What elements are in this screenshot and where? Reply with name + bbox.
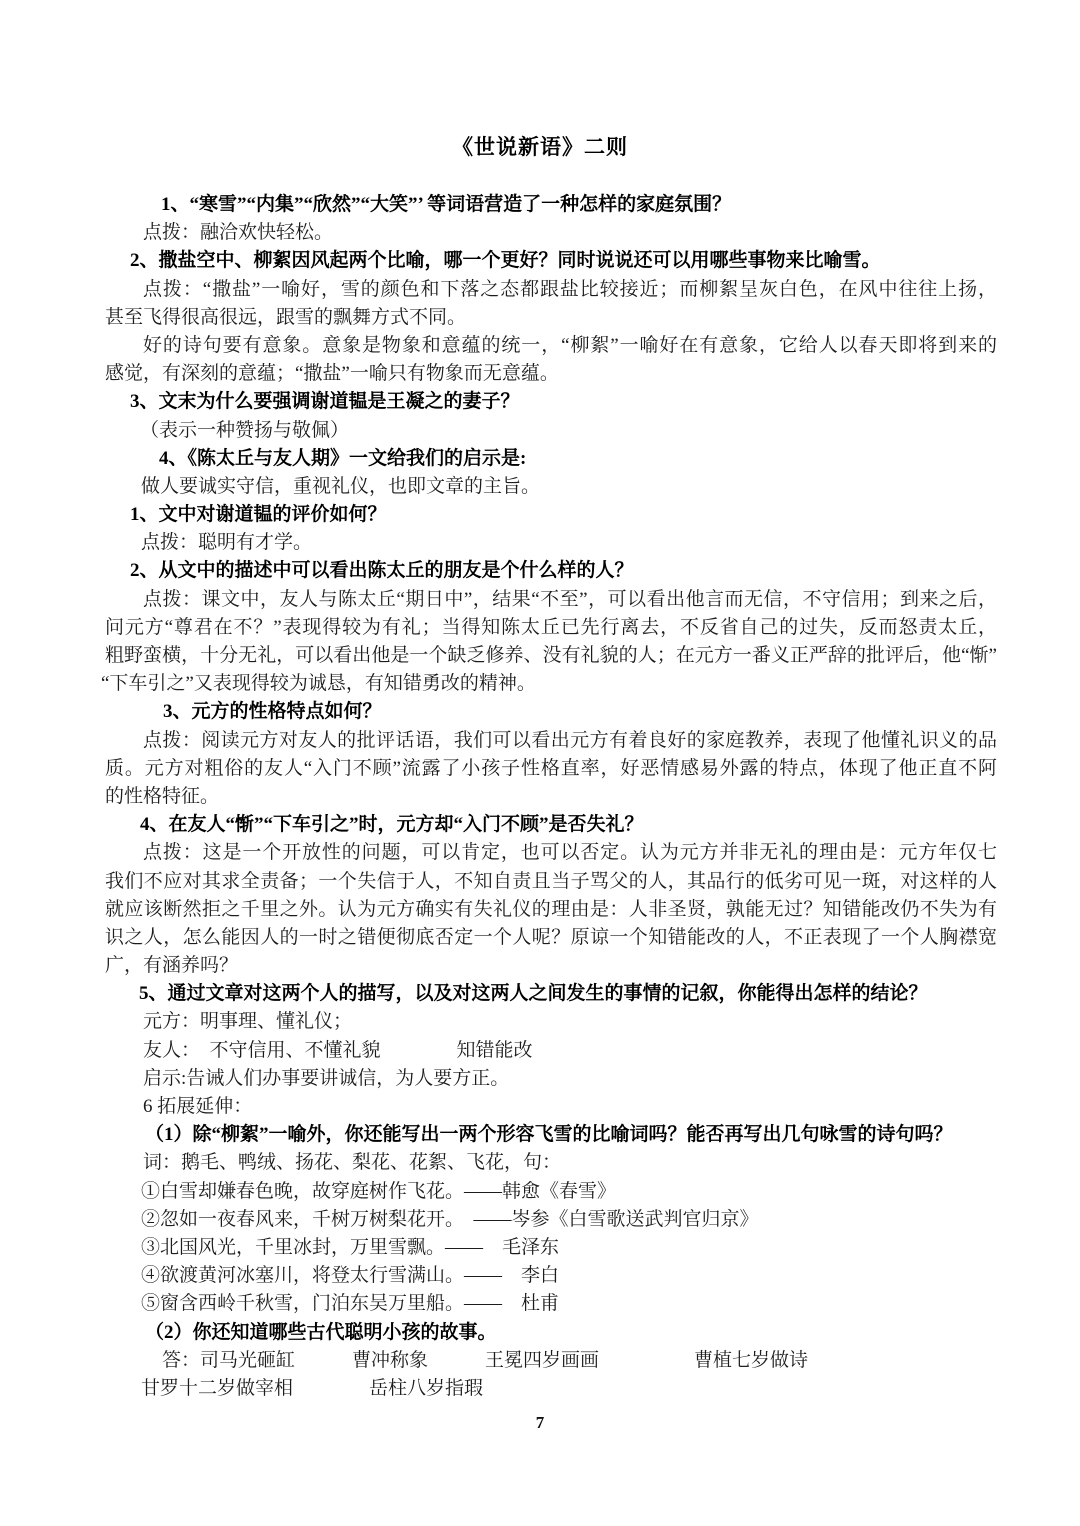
text-line: 1、文中对谢道韫的评价如何？ bbox=[0, 501, 1080, 529]
text-line: 启示:告诫人们办事要讲诚信，为人要方正。 bbox=[0, 1065, 1080, 1093]
text-line: 点拨：聪明有才学。 bbox=[0, 529, 1080, 557]
text-line: 1、“寒雪”“内集”“欣然”“大笑”’ 等词语营造了一种怎样的家庭氛围？ bbox=[0, 191, 1080, 219]
text-line: （2）你还知道哪些古代聪明小孩的故事。 bbox=[0, 1319, 1080, 1347]
text-line: 点拨：课文中，友人与陈太丘“期日中”，结果“不至”，可以看出他言而无信，不守信用… bbox=[0, 586, 997, 614]
document-page: 《世说新语》二则 1、“寒雪”“内集”“欣然”“大笑”’ 等词语营造了一种怎样的… bbox=[0, 0, 1080, 1526]
text-line: ⑤窗含西岭千秋雪，门泊东吴万里船。—— 杜甫 bbox=[0, 1290, 1080, 1318]
text-line: 质。元方对粗俗的友人“入门不顾”流露了小孩子性格直率，好恶情感易外露的特点，体现… bbox=[0, 755, 997, 783]
text-line: 就应该断然拒之千里之外。认为元方确实有失礼仪的理由是：人非圣贤，孰能无过？知错能… bbox=[0, 896, 997, 924]
page-number: 7 bbox=[0, 1413, 1080, 1433]
text-line: 3、元方的性格特点如何？ bbox=[0, 698, 1080, 726]
page-title: 《世说新语》二则 bbox=[0, 131, 1080, 161]
text-line: （表示一种赞扬与敬佩） bbox=[0, 417, 1080, 445]
text-line: 4、在友人“惭”“下车引之”时，元方却“入门不顾”是否失礼？ bbox=[0, 811, 1080, 839]
text-line: 点拨：这是一个开放性的问题，可以肯定，也可以否定。认为元方并非无礼的理由是：元方… bbox=[0, 839, 997, 867]
text-line: 6 拓展延伸： bbox=[0, 1093, 1080, 1121]
text-line: 友人： 不守信用、不懂礼貌 知错能改 bbox=[0, 1037, 1080, 1065]
text-line: 粗野蛮横，十分无礼，可以看出他是一个缺乏修养、没有礼貌的人；在元方一番义正严辞的… bbox=[0, 642, 997, 670]
text-line: 问元方“尊君在不？”表现得较为有礼；当得知陈太丘已先行离去，不反省自己的过失，反… bbox=[0, 614, 997, 642]
text-line: 点拨：“撒盐”一喻好，雪的颜色和下落之态都跟盐比较接近；而柳絮呈灰白色，在风中往… bbox=[0, 276, 997, 304]
text-line: 我们不应对其求全责备；一个失信于人，不知自责且当子骂父的人，其品行的低劣可见一斑… bbox=[0, 868, 997, 896]
text-line: 答：司马光砸缸 曹冲称象 王冕四岁画画 曹植七岁做诗 bbox=[0, 1347, 1080, 1375]
text-line: 4、《陈太丘与友人期》一文给我们的启示是: bbox=[0, 445, 1080, 473]
text-line: 甚至飞得很高很远，跟雪的飘舞方式不同。 bbox=[0, 304, 1080, 332]
text-line: 2、从文中的描述中可以看出陈太丘的朋友是个什么样的人？ bbox=[0, 557, 1080, 585]
text-line: 点拨：阅读元方对友人的批评话语，我们可以看出元方有着良好的家庭教养，表现了他懂礼… bbox=[0, 727, 997, 755]
text-line: ③北国风光，千里冰封，万里雪飘。—— 毛泽东 bbox=[0, 1234, 1080, 1262]
text-line: 感觉，有深刻的意蕴；“撒盐”一喻只有物象而无意蕴。 bbox=[0, 360, 1080, 388]
text-line: 广，有涵养吗？ bbox=[0, 952, 1080, 980]
text-line: 做人要诚实守信，重视礼仪，也即文章的主旨。 bbox=[0, 473, 1080, 501]
text-line: 5、通过文章对这两个人的描写，以及对这两人之间发生的事情的记叙，你能得出怎样的结… bbox=[0, 980, 1080, 1008]
text-line: 的性格特征。 bbox=[0, 783, 1080, 811]
text-line: 元方：明事理、懂礼仪； bbox=[0, 1008, 1080, 1036]
text-line: ①白雪却嫌春色晚，故穿庭树作飞花。——韩愈《春雪》 bbox=[0, 1178, 1080, 1206]
text-line: （1）除“柳絮”一喻外，你还能写出一两个形容飞雪的比喻词吗？能否再写出几句咏雪的… bbox=[0, 1121, 1080, 1149]
text-line: 点拨：融洽欢快轻松。 bbox=[0, 219, 1080, 247]
text-line: 3、文末为什么要强调谢道韫是王凝之的妻子？ bbox=[0, 388, 1080, 416]
text-line: 2、撒盐空中、柳絮因风起两个比喻，哪一个更好？同时说说还可以用哪些事物来比喻雪。 bbox=[0, 247, 1080, 275]
text-line: 好的诗句要有意象。意象是物象和意蕴的统一，“柳絮”一喻好在有意象，它给人以春天即… bbox=[0, 332, 997, 360]
text-line: ②忽如一夜春风来，千树万树梨花开。 ——岑参《白雪歌送武判官归京》 bbox=[0, 1206, 1080, 1234]
text-line: 甘罗十二岁做宰相 岳柱八岁指瑕 bbox=[0, 1375, 1080, 1403]
document-body: 1、“寒雪”“内集”“欣然”“大笑”’ 等词语营造了一种怎样的家庭氛围？点拨：融… bbox=[0, 191, 1080, 1403]
text-line: 词：鹅毛、鸭绒、扬花、梨花、花絮、飞花，句： bbox=[0, 1149, 1080, 1177]
text-line: ④欲渡黄河冰塞川，将登太行雪满山。—— 李白 bbox=[0, 1262, 1080, 1290]
text-line: 识之人，怎么能因人的一时之错便彻底否定一个人呢？原谅一个知错能改的人，不正表现了… bbox=[0, 924, 997, 952]
text-line: “下车引之”又表现得较为诚恳，有知错勇改的精神。 bbox=[0, 670, 1080, 698]
